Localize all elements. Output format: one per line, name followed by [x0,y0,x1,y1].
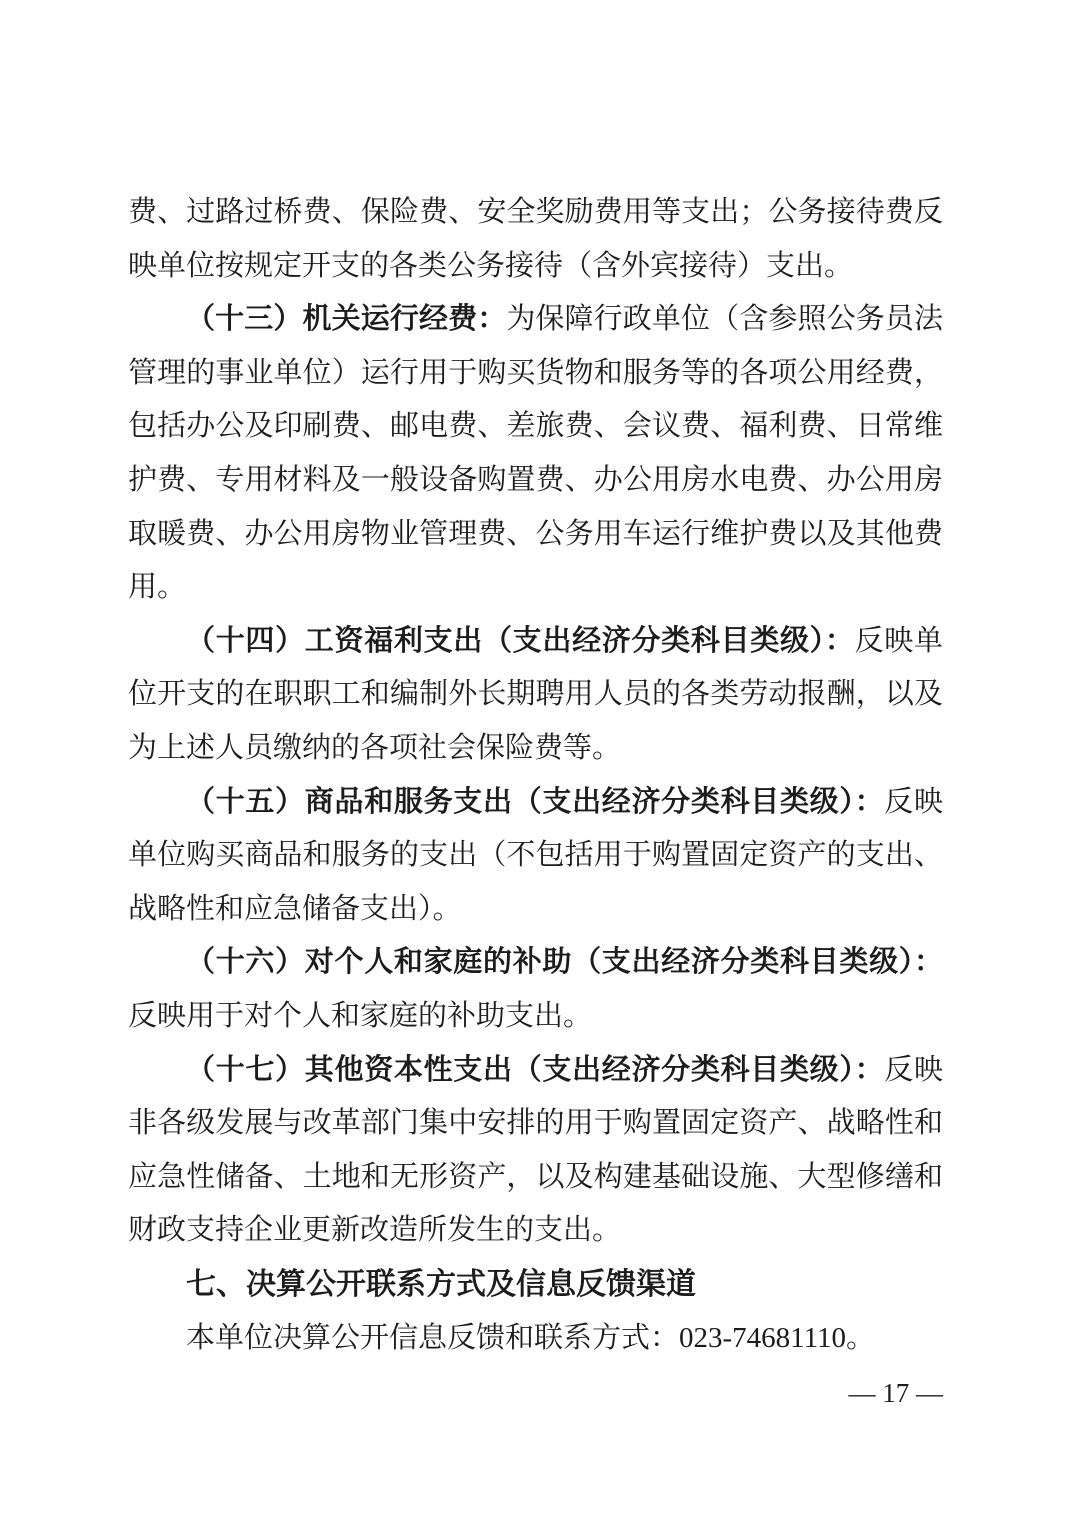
body-text: 反映 [884,1054,943,1086]
section-label: （十七）其他资本性支出（支出经济分类科目类级）： [186,1054,884,1086]
body-text: 位开支的在职职工和编制外长期聘用人员的各类劳动报酬，以及 [128,678,943,710]
body-text: 为上述人员缴纳的各项社会保险费等。 [128,732,621,764]
text-line: 费、过路过桥费、保险费、安全奖励费用等支出；公务接待费反 [128,186,943,240]
body-text: 管理的事业单位）运行用于购买货物和服务等的各项公用经费， [128,357,943,389]
text-line: 用。 [128,561,943,615]
text-line: （十四）工资福利支出（支出经济分类科目类级）：反映单 [128,615,943,669]
body-text: 反映用于对个人和家庭的补助支出。 [128,1000,592,1032]
section-label: （十三）机关运行经费： [186,303,506,335]
section-heading: 七、决算公开联系方式及信息反馈渠道 [186,1268,696,1301]
text-line: 本单位决算公开信息反馈和联系方式：023-74681110。 [128,1312,943,1366]
body-text: 用。 [128,571,186,603]
text-line: （十三）机关运行经费：为保障行政单位（含参照公务员法 [128,293,943,347]
body-text: 反映 [884,786,943,818]
text-line: 非各级发展与改革部门集中安排的用于购置固定资产、战略性和 [128,1097,943,1151]
text-line: 取暖费、办公用房物业管理费、公务用车运行维护费以及其他费 [128,508,943,562]
body-text: 护费、专用材料及一般设备购置费、办公用房水电费、办公用房 [128,464,943,496]
text-line: 七、决算公开联系方式及信息反馈渠道 [128,1258,943,1313]
text-line: 战略性和应急储备支出）。 [128,883,943,937]
text-line: 管理的事业单位）运行用于购买货物和服务等的各项公用经费， [128,347,943,401]
body-text: 映单位按规定开支的各类公务接待（含外宾接待）支出。 [128,250,853,282]
body-text: 费、过路过桥费、保险费、安全奖励费用等支出；公务接待费反 [128,196,943,228]
text-line: 映单位按规定开支的各类公务接待（含外宾接待）支出。 [128,240,943,294]
text-line: 护费、专用材料及一般设备购置费、办公用房水电费、办公用房 [128,454,943,508]
body-text: 应急性储备、土地和无形资产，以及构建基础设施、大型修缮和 [128,1161,943,1193]
text-line: （十七）其他资本性支出（支出经济分类科目类级）：反映 [128,1044,943,1098]
text-line: 应急性储备、土地和无形资产，以及构建基础设施、大型修缮和 [128,1151,943,1205]
body-text: 非各级发展与改革部门集中安排的用于购置固定资产、战略性和 [128,1107,943,1139]
body-text: 本单位决算公开信息反馈和联系方式：023-74681110。 [186,1322,875,1354]
text-line: 包括办公及印刷费、邮电费、差旅费、会议费、福利费、日常维 [128,400,943,454]
text-line: （十六）对个人和家庭的补助（支出经济分类科目类级）： [128,936,943,990]
document-page: 费、过路过桥费、保险费、安全奖励费用等支出；公务接待费反映单位按规定开支的各类公… [0,0,1075,1520]
section-label: （十六）对个人和家庭的补助（支出经济分类科目类级）： [186,946,943,978]
text-line: 为上述人员缴纳的各项社会保险费等。 [128,722,943,776]
text-line: 财政支持企业更新改造所发生的支出。 [128,1204,943,1258]
document-body: 费、过路过桥费、保险费、安全奖励费用等支出；公务接待费反映单位按规定开支的各类公… [128,186,943,1366]
body-text: 单位购买商品和服务的支出（不包括用于购置固定资产的支出、 [128,839,943,871]
body-text: 包括办公及印刷费、邮电费、差旅费、会议费、福利费、日常维 [128,410,943,442]
section-label: （十五）商品和服务支出（支出经济分类科目类级）： [186,786,884,818]
page-number: — 17 — [128,1378,943,1408]
body-text: 为保障行政单位（含参照公务员法 [506,303,943,335]
body-text: 反映单 [855,625,943,657]
text-line: 单位购买商品和服务的支出（不包括用于购置固定资产的支出、 [128,829,943,883]
body-text: 战略性和应急储备支出）。 [128,893,462,925]
text-line: 反映用于对个人和家庭的补助支出。 [128,990,943,1044]
text-line: （十五）商品和服务支出（支出经济分类科目类级）：反映 [128,776,943,830]
body-text: 取暖费、办公用房物业管理费、公务用车运行维护费以及其他费 [128,518,943,550]
text-line: 位开支的在职职工和编制外长期聘用人员的各类劳动报酬，以及 [128,668,943,722]
section-label: （十四）工资福利支出（支出经济分类科目类级）： [186,625,855,657]
body-text: 财政支持企业更新改造所发生的支出。 [128,1214,621,1246]
